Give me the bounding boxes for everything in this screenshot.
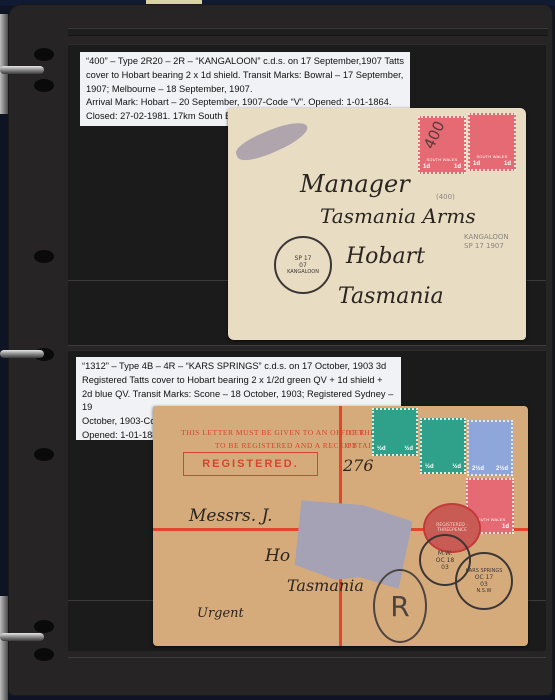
punch-hole xyxy=(34,648,54,661)
stamp-halfpenny-qv: ½d½d xyxy=(372,408,418,456)
stamp-halfpenny-qv: ½d½d xyxy=(420,418,466,474)
postmark-kangaloon: SP 17 07 KANGALOON xyxy=(274,236,332,294)
pocket-slit xyxy=(68,345,546,346)
registration-notice: to be Registered and a Receipt xyxy=(215,441,357,450)
binder-ring xyxy=(0,633,44,641)
punch-hole xyxy=(34,48,54,61)
registration-number: 276 xyxy=(343,456,374,475)
caption-line: cover to Hobart bearing 2 x 1d shield. T… xyxy=(86,69,404,83)
stamp-2d-qv: 2½d2½d xyxy=(467,420,513,476)
address-line: Manager xyxy=(300,170,410,198)
punch-hole xyxy=(34,250,54,263)
pencil-note: KANGALOON SP 17 1907 xyxy=(464,233,509,251)
punch-hole xyxy=(34,79,54,92)
urgent-note: Urgent xyxy=(197,606,244,621)
address-line: Tasmania xyxy=(287,576,364,595)
caption-line: “1312” – Type 4B – 4R – “KARS SPRINGS” c… xyxy=(82,360,395,374)
postmark-kars-springs: KARS SPRINGS OC 17 03 N.S.W xyxy=(455,552,513,610)
address-line: Tasmania xyxy=(338,284,444,309)
address-line: Tasmania Arms xyxy=(320,204,476,228)
binder-ring-post xyxy=(0,596,8,700)
binder-ring xyxy=(0,350,44,358)
caption-line: Registered Tatts cover to Hobart bearing… xyxy=(82,374,395,388)
stamp-1d-shield: SOUTH WALES 1d1d xyxy=(468,113,516,171)
punch-hole xyxy=(34,620,54,633)
cover-kangaloon: SOUTH WALES 1d1d SOUTH WALES 1d1d 400 Ma… xyxy=(228,108,526,340)
page-top-strip xyxy=(68,28,548,36)
registered-label: REGISTERED. xyxy=(183,452,318,476)
stain xyxy=(233,115,311,166)
caption-line: 1907; Melbourne – 18 September, 1907. xyxy=(86,83,404,97)
pencil-note: (400) xyxy=(436,193,455,202)
address-line: Messrs. J. xyxy=(189,506,272,526)
binder-ring xyxy=(0,66,44,74)
cover-kars-springs: This Letter must be given to an Officer … xyxy=(153,406,528,646)
pocket-slit xyxy=(68,657,546,658)
caption-line: “400” – Type 2R20 – 2R – “KANGALOON” c.d… xyxy=(86,55,404,69)
address-line: Ho xyxy=(265,546,290,566)
registration-notice: This Letter must be given to an Officer xyxy=(181,428,365,437)
registration-mark: R xyxy=(373,569,427,643)
registration-notice: of the xyxy=(346,428,375,437)
address-line: Hobart xyxy=(346,244,425,269)
binder-ring-post xyxy=(0,14,8,114)
punch-hole xyxy=(34,448,54,461)
